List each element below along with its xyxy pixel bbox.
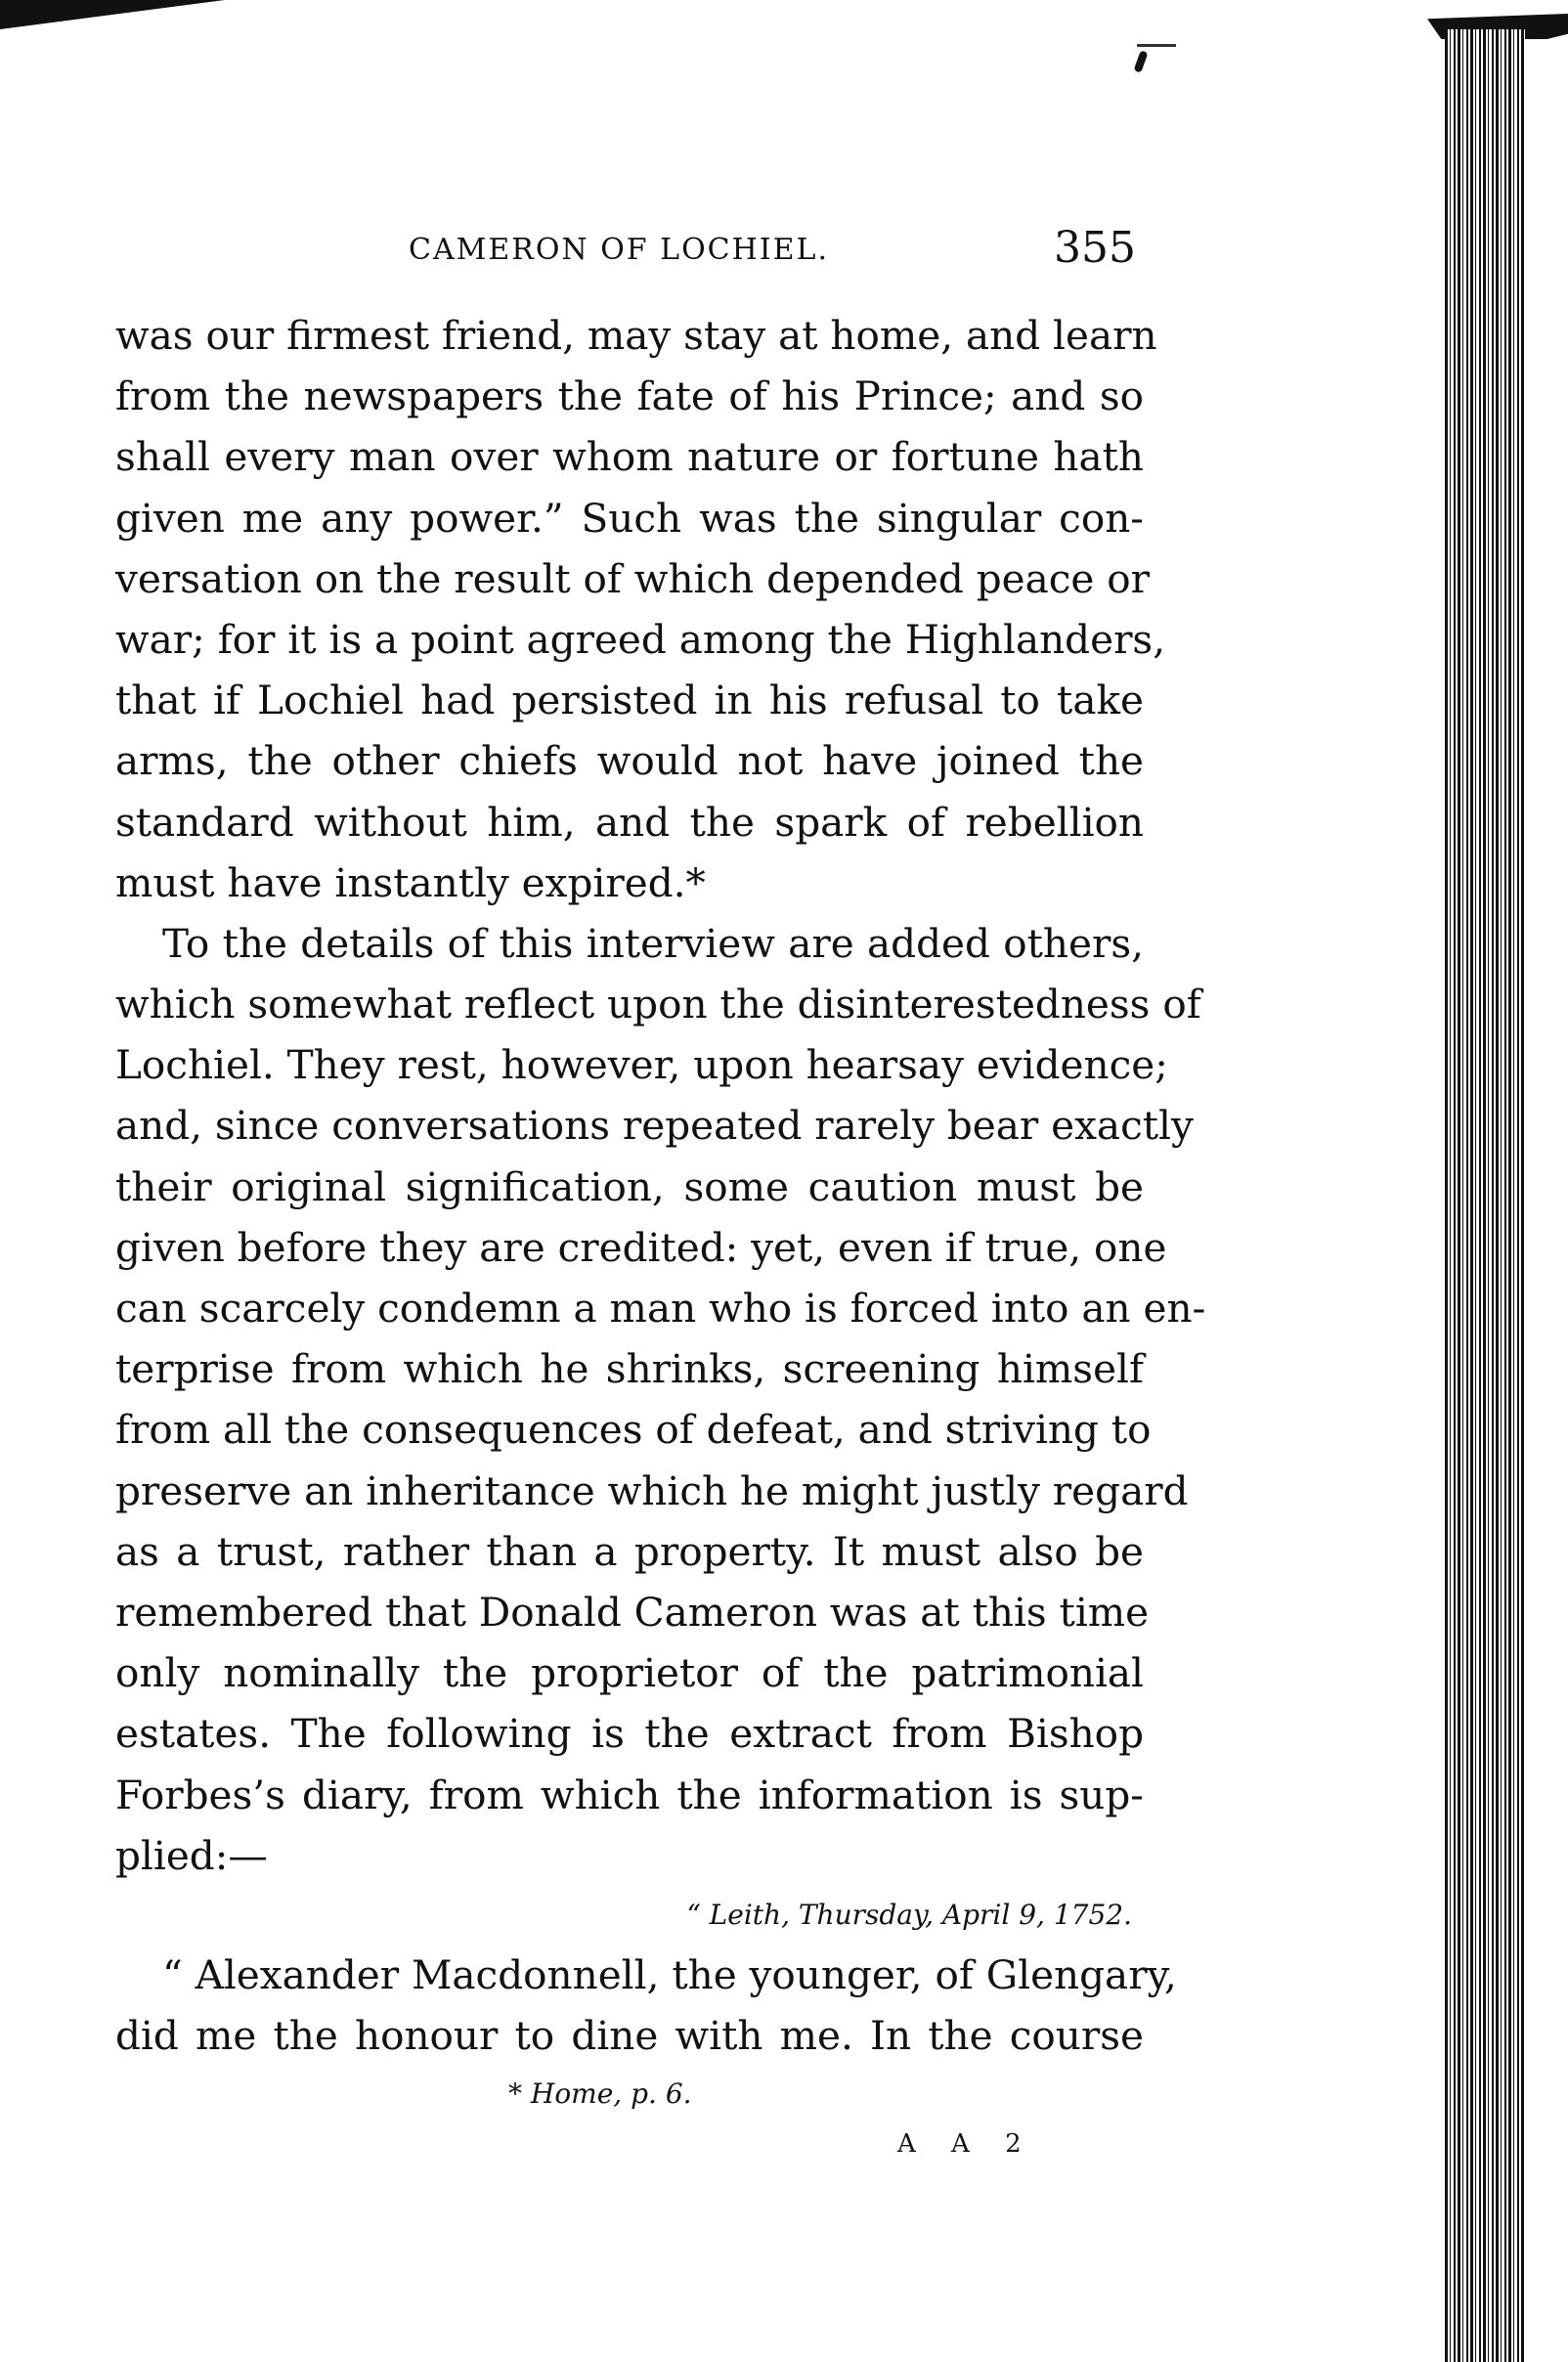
text-line: was our firmest friend, may stay at home… xyxy=(115,305,1144,366)
text-line: standard without him, and the spark of r… xyxy=(115,792,1144,853)
signature-mark: A A 2 xyxy=(897,2129,1035,2159)
body-text: was our firmest friend, may stay at home… xyxy=(115,305,1144,2066)
text-line: can scarcely condemn a man who is forced… xyxy=(115,1278,1144,1338)
text-line: plied:— xyxy=(115,1825,1144,1886)
text-line: given me any power.” Such was the singul… xyxy=(115,488,1144,548)
text-line: shall every man over whom nature or fort… xyxy=(115,426,1144,487)
footnote: * Home, p. 6. xyxy=(508,2078,692,2110)
text-line: war; for it is a point agreed among the … xyxy=(115,609,1144,670)
paragraph-3: “ Alexander Macdonnell, the younger, of … xyxy=(115,1945,1144,2066)
running-head: CAMERON OF LOCHIEL. 355 xyxy=(0,223,1212,282)
text-line: estates. The following is the extract fr… xyxy=(115,1703,1144,1764)
running-title: CAMERON OF LOCHIEL. xyxy=(409,233,829,267)
page-number: 355 xyxy=(1054,223,1136,273)
text-line: “ Alexander Macdonnell, the younger, of … xyxy=(115,1945,1144,2005)
text-line: preserve an inheritance which he might j… xyxy=(115,1461,1144,1521)
paragraph-2: To the details of this interview are add… xyxy=(115,913,1144,1886)
scan-artifact-mark xyxy=(1137,44,1176,47)
text-line: from the newspapers the fate of his Prin… xyxy=(115,366,1144,426)
dateline: “ Leith, Thursday, April 9, 1752. xyxy=(115,1886,1144,1945)
text-line: Forbes’s diary, from which the informati… xyxy=(115,1765,1144,1825)
text-line: To the details of this interview are add… xyxy=(115,913,1144,974)
paragraph-1: was our firmest friend, may stay at home… xyxy=(115,305,1144,913)
text-line: their original signification, some cauti… xyxy=(115,1157,1144,1217)
text-line: from all the consequences of defeat, and… xyxy=(115,1399,1144,1460)
text-line: Lochiel. They rest, however, upon hearsa… xyxy=(115,1034,1144,1095)
text-line: only nominally the proprietor of the pat… xyxy=(115,1642,1144,1703)
ink-blot xyxy=(1133,50,1148,72)
scan-corner-shadow xyxy=(0,0,225,29)
text-line: terprise from which he shrinks, screenin… xyxy=(115,1338,1144,1399)
book-page-edges xyxy=(1445,29,1525,2362)
text-line: as a trust, rather than a property. It m… xyxy=(115,1521,1144,1582)
text-line: did me the honour to dine with me. In th… xyxy=(115,2005,1144,2066)
text-line: which somewhat reflect upon the disinter… xyxy=(115,974,1144,1034)
text-line: that if Lochiel had persisted in his ref… xyxy=(115,670,1144,730)
text-line: versation on the result of which depende… xyxy=(115,548,1144,609)
text-line: must have instantly expired.* xyxy=(115,853,1144,913)
text-line: given before they are credited: yet, eve… xyxy=(115,1217,1144,1278)
text-line: arms, the other chiefs would not have jo… xyxy=(115,730,1144,791)
text-line: remembered that Donald Cameron was at th… xyxy=(115,1582,1144,1642)
text-line: and, since conversations repeated rarely… xyxy=(115,1095,1144,1156)
